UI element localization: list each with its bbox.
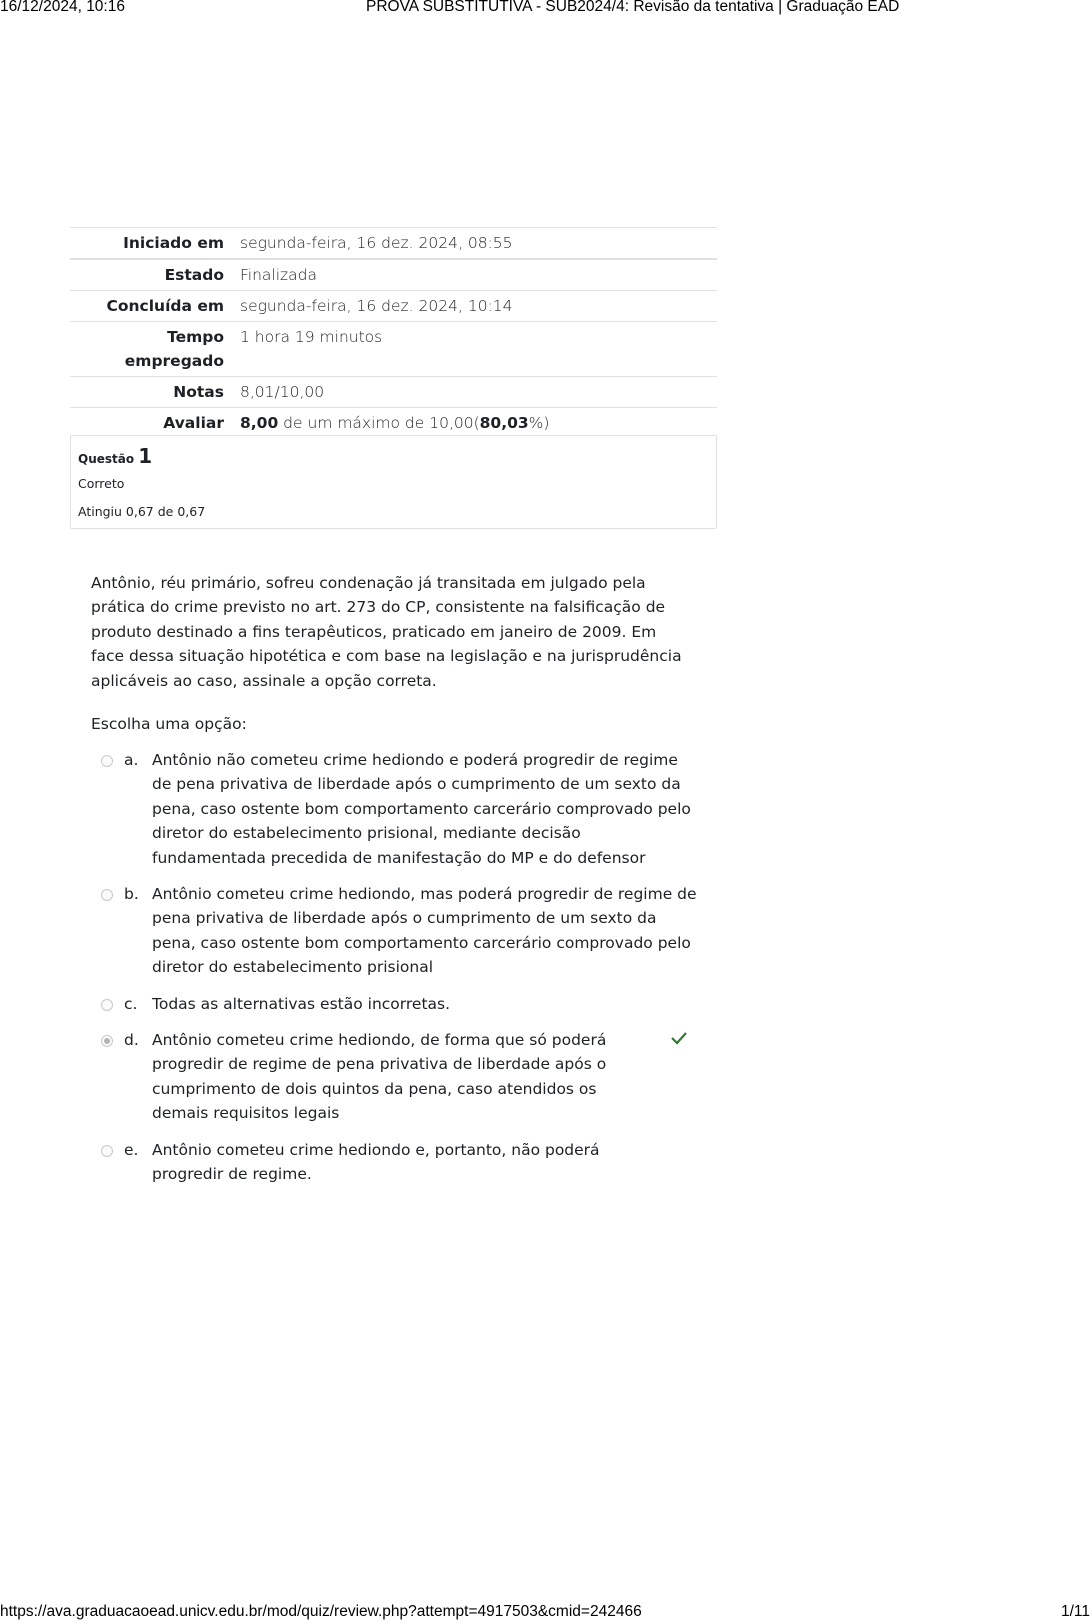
check-icon <box>670 1028 688 1052</box>
summary-label: Tempoempregado <box>70 322 238 377</box>
option-letter: c. <box>124 992 137 1016</box>
answer-option-a[interactable]: a. Antônio não cometeu crime hediondo e … <box>98 748 698 870</box>
summary-label-line1: Tempo <box>167 328 224 346</box>
option-text: Antônio cometeu crime hediondo, de forma… <box>152 1028 642 1126</box>
grade-percent-suffix: %) <box>529 414 550 432</box>
summary-label: Iniciado em <box>70 228 238 260</box>
radio-button[interactable] <box>101 1145 113 1157</box>
summary-label: Avaliar <box>70 408 238 439</box>
summary-value: 1 hora 19 minutos <box>238 322 717 377</box>
grade-score: 8,00 <box>240 414 278 432</box>
print-datetime: 16/12/2024, 10:16 <box>0 0 125 16</box>
question-number-value: 1 <box>138 444 152 468</box>
radio-button-selected[interactable] <box>101 1035 113 1047</box>
grade-max: de um máximo de 10,00( <box>278 414 479 432</box>
summary-row-time-taken: Tempoempregado 1 hora 19 minutos <box>70 322 717 377</box>
question-text: Antônio, réu primário, sofreu condenação… <box>91 571 691 693</box>
answer-option-d[interactable]: d. Antônio cometeu crime hediondo, de fo… <box>98 1028 698 1126</box>
answer-options: a. Antônio não cometeu crime hediondo e … <box>98 748 698 1199</box>
question-number: Questão 1 <box>78 444 152 468</box>
summary-label: Notas <box>70 377 238 408</box>
print-url: https://ava.graduacaoead.unicv.edu.br/mo… <box>0 1603 642 1621</box>
summary-value: 8,00 de um máximo de 10,00(80,03%) <box>238 408 717 439</box>
grade-percent: 80,03 <box>480 414 529 432</box>
answer-option-e[interactable]: e. Antônio cometeu crime hediondo e, por… <box>98 1138 698 1187</box>
summary-row-marks: Notas 8,01/10,00 <box>70 377 717 408</box>
answer-prompt: Escolha uma opção: <box>91 715 247 733</box>
option-text: Antônio cometeu crime hediondo e, portan… <box>152 1138 642 1187</box>
answer-option-c[interactable]: c. Todas as alternativas estão incorreta… <box>98 992 698 1016</box>
print-page-number: 1/11 <box>1061 1603 1090 1621</box>
option-text: Todas as alternativas estão incorretas. <box>152 992 698 1016</box>
summary-label: Estado <box>70 259 238 291</box>
print-footer: https://ava.graduacaoead.unicv.edu.br/mo… <box>0 1601 1092 1623</box>
print-header: 16/12/2024, 10:16 PROVA SUBSTITUTIVA - S… <box>0 0 1092 20</box>
summary-value: 8,01/10,00 <box>238 377 717 408</box>
option-letter: d. <box>124 1028 139 1052</box>
summary-row-grade: Avaliar 8,00 de um máximo de 10,00(80,03… <box>70 408 717 439</box>
summary-value: segunda-feira, 16 dez. 2024, 08:55 <box>238 228 717 260</box>
option-letter: e. <box>124 1138 138 1162</box>
option-text: Antônio não cometeu crime hediondo e pod… <box>152 748 698 870</box>
option-text: Antônio cometeu crime hediondo, mas pode… <box>152 882 698 980</box>
print-page-title: PROVA SUBSTITUTIVA - SUB2024/4: Revisão … <box>366 0 899 16</box>
summary-label: Concluída em <box>70 291 238 322</box>
answer-option-b[interactable]: b. Antônio cometeu crime hediondo, mas p… <box>98 882 698 980</box>
summary-row-completed: Concluída em segunda-feira, 16 dez. 2024… <box>70 291 717 322</box>
question-state: Correto <box>78 476 124 491</box>
radio-button[interactable] <box>101 755 113 767</box>
question-label: Questão <box>78 452 138 466</box>
radio-button[interactable] <box>101 999 113 1011</box>
summary-label-line2: empregado <box>125 352 224 370</box>
radio-button[interactable] <box>101 889 113 901</box>
attempt-summary-table: Iniciado em segunda-feira, 16 dez. 2024,… <box>70 227 717 438</box>
summary-value: segunda-feira, 16 dez. 2024, 10:14 <box>238 291 717 322</box>
question-info-box: Questão 1 Correto Atingiu 0,67 de 0,67 <box>70 435 717 529</box>
summary-value: Finalizada <box>238 259 717 291</box>
summary-row-state: Estado Finalizada <box>70 259 717 291</box>
option-letter: a. <box>124 748 138 772</box>
summary-row-started: Iniciado em segunda-feira, 16 dez. 2024,… <box>70 228 717 260</box>
option-letter: b. <box>124 882 139 906</box>
question-grade: Atingiu 0,67 de 0,67 <box>78 504 205 519</box>
